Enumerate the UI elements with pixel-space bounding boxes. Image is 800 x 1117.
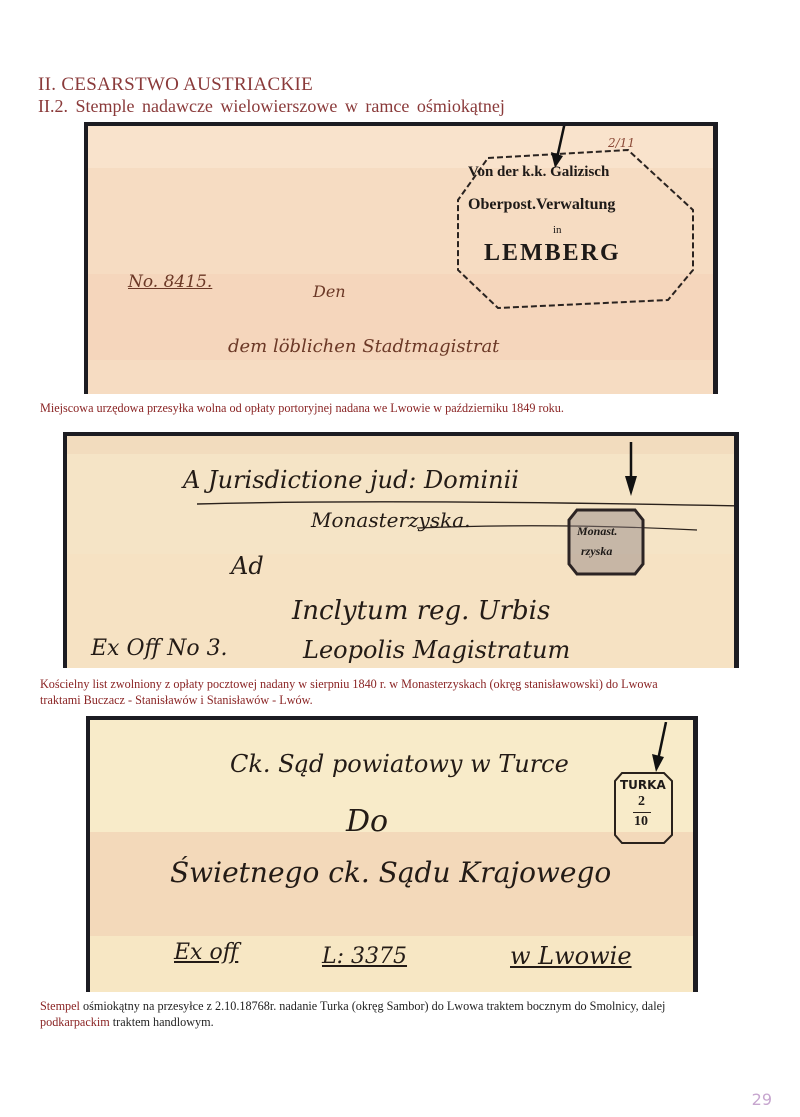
stamp-town: TURKA xyxy=(620,778,666,792)
address-line-2: Świetnego ck. Sądu Krajowego xyxy=(170,856,611,889)
stamp-divider xyxy=(633,812,651,813)
address-line-1: Den xyxy=(313,282,346,301)
address-line-5: Leopolis Magistratum xyxy=(303,636,570,664)
address-line-2: dem löblichen Stadtmagistrat xyxy=(228,336,499,357)
address-line-1: A Jurisdictione jud: Dominii xyxy=(183,466,519,494)
reference-number: L: 3375 xyxy=(322,944,407,969)
ex-officio-note: Ex off xyxy=(174,940,238,965)
address-line-4: Inclytum reg. Urbis xyxy=(292,596,550,626)
section-title: II. CESARSTWO AUSTRIACKIE xyxy=(38,74,313,96)
stamp-month: 10 xyxy=(634,814,648,830)
address-line-3: Ad xyxy=(231,552,264,580)
sender-line: Ck. Sąd powiatowy w Turce xyxy=(230,750,569,778)
arrow-pointer-icon xyxy=(650,722,670,774)
envelope-scan-turka: Ck. Sąd powiatowy w Turce Do Świetnego c… xyxy=(86,716,698,992)
caption-2-line2: traktami Buczacz - Stanisławów i Stanisł… xyxy=(40,693,313,707)
address-line-2: Monasterzyska. xyxy=(311,508,471,532)
stamp-line-2: Oberpost.Verwaltung xyxy=(468,196,615,214)
caption-2-text: Kościelny list zwolniony z opłaty poczto… xyxy=(40,677,621,691)
caption-3-line2-rest: traktem handlowym. xyxy=(110,1015,214,1029)
caption-2-destination: Lwowa xyxy=(621,677,658,691)
reference-number: Ex Off No 3. xyxy=(91,636,228,661)
reference-number: No. 8415. xyxy=(128,272,212,292)
stamp-line-4: LEMBERG xyxy=(484,240,621,267)
caption-3-start: Stempel xyxy=(40,999,80,1013)
stamp-line-1: Monast. xyxy=(577,524,617,539)
destination-city: w Lwowie xyxy=(510,942,632,970)
caption-3-line2-start: podkarpackim xyxy=(40,1015,110,1029)
arrow-pointer-icon xyxy=(551,122,571,172)
octagonal-frame-icon xyxy=(565,506,647,578)
corner-mark: 2/11 xyxy=(608,136,635,150)
stamp-line-3: in xyxy=(553,224,562,236)
arrow-pointer-icon xyxy=(623,442,639,498)
stamp-line-2: rzyska xyxy=(581,544,612,559)
envelope-scan-monasterzyska: A Jurisdictione jud: Dominii Monasterzys… xyxy=(63,432,739,668)
stamp-line-1: Von der k.k. Galizisch xyxy=(468,164,609,181)
envelope-scan-lemberg: Von der k.k. Galizisch Oberpost.Verwaltu… xyxy=(84,122,718,394)
page-number: 29 xyxy=(752,1090,772,1109)
address-line-1: Do xyxy=(346,804,388,839)
caption-1: Miejscowa urzędowa przesyłka wolna od op… xyxy=(40,400,564,416)
subsection-title: II.2. Stemple nadawcze wielowierszowe w … xyxy=(38,96,505,117)
caption-3: Stempel ośmiokątny na przesyłce z 2.10.1… xyxy=(40,998,665,1030)
stamp-day: 2 xyxy=(638,794,645,810)
caption-2: Kościelny list zwolniony z opłaty poczto… xyxy=(40,676,658,708)
caption-3-text: ośmiokątny na przesyłce z 2.10.18768r. n… xyxy=(80,999,665,1013)
